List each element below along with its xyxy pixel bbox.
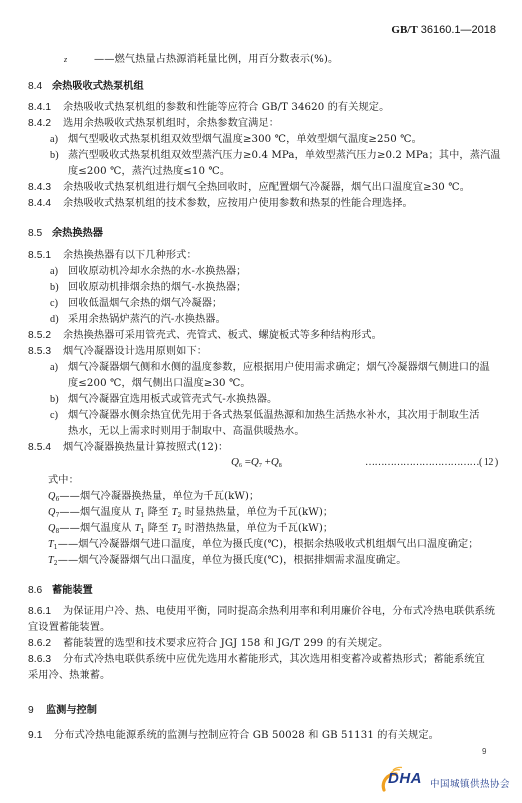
formula-term: Q	[251, 456, 259, 468]
clause-8-5-2: 8.5.2余热换热器可采用管壳式、壳管式、板式、螺旋板式等多种结构形式。	[28, 329, 382, 342]
clause-text: 烟气冷凝器设计选用原则如下：	[63, 346, 207, 357]
item-text-continued: 热水，无以上需求时则用于制取中、高温供暖热水。	[68, 426, 305, 437]
formula-subscript: 8	[279, 463, 282, 469]
clause-number: 8.5.1	[28, 249, 63, 262]
list-item-8-4-2-b: b)蒸汽型吸收式热泵机组双效型蒸汽压力≥0.4 MPa，单效型蒸汽压力≥0.2 …	[50, 149, 501, 162]
clause-text-continued: 采用冷、热兼蓄。	[28, 670, 110, 681]
variable-text: ——烟气冷凝器烟气出口温度，单位为摄氏度(℃)，根据排烟需求温度确定。	[58, 555, 407, 566]
clause-number: 8.4.3	[28, 181, 63, 194]
item-label: c)	[50, 297, 68, 310]
list-item-8-5-3-a: a)烟气冷凝器烟气侧和水侧的温度参数，应根据用户使用需求确定；烟气冷凝器烟气侧进…	[50, 361, 490, 374]
formula-subscript: 6	[239, 463, 242, 469]
section-number: 8.4	[28, 81, 52, 92]
section-heading-8-5: 8.5余热换热器	[28, 224, 103, 239]
standard-number: 36160.1—2018	[421, 24, 496, 36]
variable-text: 时潜热热量，单位为千瓦(kW)；	[181, 523, 333, 534]
item-text: 回收原动机排烟余热的烟气-水换热器；	[68, 282, 246, 293]
clause-8-6-1-cont: 宜设置蓄能装置。	[28, 621, 110, 634]
section-title: 余热吸收式热泵机组	[52, 80, 144, 92]
clause-8-5-3: 8.5.3烟气冷凝器设计选用原则如下：	[28, 345, 207, 358]
item-text: 烟气型吸收式热泵机组双效型烟气温度≥300 ℃，单效型烟气温度≥250 ℃。	[68, 134, 422, 145]
clause-number: 8.5.4	[28, 441, 63, 454]
item-text: 烟气冷凝器烟气侧和水侧的温度参数，应根据用户使用需求确定；烟气冷凝器烟气侧进口的…	[68, 362, 490, 373]
clause-8-4-1: 8.4.1余热吸收式热泵机组的参数和性能等应符合 GB/T 34620 的有关规…	[28, 101, 389, 114]
dot-leader: ………………………………	[365, 457, 479, 468]
list-item-8-5-3-c: c)烟气冷凝器水侧余热宜优先用于各式热泵低温热源和加热生活热水补水，其次用于制取…	[50, 409, 480, 422]
section-title: 蓄能装置	[52, 584, 93, 596]
item-text: 烟气冷凝器水侧余热宜优先用于各式热泵低温热源和加热生活热水补水，其次用于制取生活	[68, 410, 480, 421]
clause-8-4-2: 8.4.2选用余热吸收式热泵机组时，余热参数宜满足：	[28, 117, 279, 130]
clause-8-6-1: 8.6.1为保证用户冷、热、电使用平衡，同时提高余热利用率和利用廉价谷电，分布式…	[28, 605, 495, 618]
item-label: b)	[50, 149, 68, 162]
list-item-8-5-3-b: b)烟气冷凝器宜选用板式或管壳式气-水换热器。	[50, 393, 277, 406]
where-text: 式中：	[48, 475, 79, 486]
standard-header: GB/T 36160.1—2018	[391, 24, 496, 36]
equation-number: ………………………………( 12 )	[365, 457, 498, 468]
clause-8-4-3: 8.4.3余热吸收式热泵机组进行烟气全热回收时，应配置烟气冷凝器，烟气出口温度宜…	[28, 181, 470, 194]
clause-8-6-3: 8.6.3分布式冷热电联供系统中应优先选用水蓄能形式，其次选用相变蓄冷或蓄热形式…	[28, 653, 485, 666]
list-item-8-5-1-d: d)采用余热锅炉蒸汽的汽-水换热器。	[50, 313, 226, 326]
variable-text: 降至	[144, 507, 171, 518]
list-item-8-5-1-c: c)回收低温烟气余热的烟气冷凝器；	[50, 297, 222, 310]
symbol: z	[64, 53, 94, 66]
variable-text: 时显热热量，单位为千瓦(kW)；	[181, 507, 333, 518]
list-item-8-5-1-b: b)回收原动机排烟余热的烟气-水换热器；	[50, 281, 246, 294]
list-item-8-5-3-a-cont: 度≤200 ℃，烟气侧出口温度≥30 ℃。	[68, 377, 251, 390]
section-number: 9	[28, 705, 46, 716]
item-label: b)	[50, 393, 68, 406]
clause-text: 为保证用户冷、热、电使用平衡，同时提高余热利用率和利用廉价谷电，分布式冷热电联供…	[63, 606, 495, 617]
clause-9-1: 9.1分布式冷热电能源系统的监测与控制应符合 GB 50028 和 GB 511…	[28, 729, 439, 742]
clause-number: 8.4.1	[28, 101, 63, 114]
clause-number: 9.1	[28, 729, 54, 742]
clause-text: 余热吸收式热泵机组的参数和性能等应符合 GB/T 34620 的有关规定。	[63, 102, 389, 113]
variable-text: ——烟气冷凝器换热量，单位为千瓦(kW)；	[59, 491, 259, 502]
clause-text: 余热换热器可采用管壳式、壳管式、板式、螺旋板式等多种结构形式。	[63, 330, 382, 341]
section-heading-8-6: 8.6蓄能装置	[28, 581, 93, 596]
section-heading-9: 9监测与控制	[28, 701, 97, 716]
item-text-continued: 度≤200 ℃，蒸汽过热度≤10 ℃。	[68, 166, 230, 177]
variable-text: ——烟气温度从	[59, 507, 134, 518]
standard-prefix: GB/T	[391, 24, 417, 36]
equation-12: Q6 =Q7 +Q8	[231, 456, 282, 469]
variable-text: 降至	[144, 523, 171, 534]
list-item-8-4-2-b-cont: 度≤200 ℃，蒸汽过热度≤10 ℃。	[68, 165, 230, 178]
formula-term: Q	[231, 456, 239, 468]
section-number: 8.6	[28, 585, 52, 596]
page-number: 9	[482, 747, 486, 756]
section-heading-8-4: 8.4余热吸收式热泵机组	[28, 77, 144, 92]
clause-text: 烟气冷凝器换热量计算按照式(12)：	[63, 442, 228, 453]
variable-text: ——烟气冷凝器烟气进口温度，单位为摄氏度(℃)，根据余热吸收式机组烟气出口温度确…	[58, 539, 479, 550]
clause-text: 选用余热吸收式热泵机组时，余热参数宜满足：	[63, 118, 279, 129]
clause-number: 8.4.2	[28, 117, 63, 130]
variable-q6: Q6——烟气冷凝器换热量，单位为千瓦(kW)；	[48, 490, 259, 506]
logo-mark: DHA	[388, 770, 422, 787]
list-item-8-5-3-c-cont: 热水，无以上需求时则用于制取中、高温供暖热水。	[68, 425, 305, 438]
variable-t1: T1——烟气冷凝器烟气进口温度，单位为摄氏度(℃)，根据余热吸收式机组烟气出口温…	[48, 538, 479, 554]
item-text: 回收低温烟气余热的烟气冷凝器；	[68, 298, 222, 309]
item-label: d)	[50, 313, 68, 326]
item-label: a)	[50, 133, 68, 146]
clause-8-5-4: 8.5.4烟气冷凝器换热量计算按照式(12)：	[28, 441, 228, 454]
item-label: c)	[50, 409, 68, 422]
item-label: a)	[50, 265, 68, 278]
clause-text: 余热吸收式热泵机组进行烟气全热回收时，应配置烟气冷凝器，烟气出口温度宜≥30 ℃…	[63, 182, 470, 193]
formula-subscript: 7	[259, 463, 262, 469]
clause-text: 余热换热器有以下几种形式：	[63, 250, 197, 261]
section-number: 8.5	[28, 228, 52, 239]
formula-term: Q	[271, 456, 279, 468]
clause-8-6-3-cont: 采用冷、热兼蓄。	[28, 669, 110, 682]
clause-text: 分布式冷热电能源系统的监测与控制应符合 GB 50028 和 GB 51131 …	[54, 730, 439, 741]
clause-number: 8.6.1	[28, 605, 63, 618]
where-label: 式中：	[48, 474, 79, 487]
variable-t2: T2——烟气冷凝器烟气出口温度，单位为摄氏度(℃)，根据排烟需求温度确定。	[48, 554, 407, 570]
equation-number-label: ( 12 )	[479, 457, 498, 468]
variable-q8: Q8——烟气温度从 T1 降至 T2 时潜热热量，单位为千瓦(kW)；	[48, 522, 333, 538]
clause-number: 8.5.2	[28, 329, 63, 342]
list-item-8-5-1-a: a)回收原动机冷却水余热的水-水换热器；	[50, 265, 246, 278]
clause-number: 8.5.3	[28, 345, 63, 358]
variable-q7: Q7——烟气温度从 T1 降至 T2 时显热热量，单位为千瓦(kW)；	[48, 506, 333, 522]
item-text: 蒸汽型吸收式热泵机组双效型蒸汽压力≥0.4 MPa，单效型蒸汽压力≥0.2 MP…	[68, 150, 501, 161]
definition-text: ——燃气热量占热源消耗量比例，用百分数表示(%)。	[94, 54, 338, 65]
chdha-logo: DHA 中国城镇供热协会	[378, 766, 520, 798]
clause-text-continued: 宜设置蓄能装置。	[28, 622, 110, 633]
variable-text: ——烟气温度从	[59, 523, 134, 534]
item-text: 采用余热锅炉蒸汽的汽-水换热器。	[68, 314, 226, 325]
clause-number: 8.6.2	[28, 637, 63, 650]
clause-8-5-1: 8.5.1余热换热器有以下几种形式：	[28, 249, 197, 262]
item-label: a)	[50, 361, 68, 374]
section-title: 监测与控制	[46, 704, 97, 716]
definition-z: z——燃气热量占热源消耗量比例，用百分数表示(%)。	[64, 53, 338, 66]
section-title: 余热换热器	[52, 227, 103, 239]
clause-text: 蓄能装置的选型和技术要求应符合 JGJ 158 和 JG/T 299 的有关规定…	[63, 638, 388, 649]
clause-text: 余热吸收式热泵机组的技术参数，应按用户使用参数和热泵的性能合理选择。	[63, 198, 413, 209]
clause-text: 分布式冷热电联供系统中应优先选用水蓄能形式，其次选用相变蓄冷或蓄热形式；蓄能系统…	[63, 654, 485, 665]
logo-org-name: 中国城镇供热协会	[430, 776, 510, 790]
clause-number: 8.4.4	[28, 197, 63, 210]
clause-number: 8.6.3	[28, 653, 63, 666]
clause-8-6-2: 8.6.2蓄能装置的选型和技术要求应符合 JGJ 158 和 JG/T 299 …	[28, 637, 388, 650]
item-text-continued: 度≤200 ℃，烟气侧出口温度≥30 ℃。	[68, 378, 251, 389]
list-item-8-4-2-a: a)烟气型吸收式热泵机组双效型烟气温度≥300 ℃，单效型烟气温度≥250 ℃。	[50, 133, 422, 146]
item-label: b)	[50, 281, 68, 294]
item-text: 回收原动机冷却水余热的水-水换热器；	[68, 266, 246, 277]
item-text: 烟气冷凝器宜选用板式或管壳式气-水换热器。	[68, 394, 277, 405]
clause-8-4-4: 8.4.4余热吸收式热泵机组的技术参数，应按用户使用参数和热泵的性能合理选择。	[28, 197, 413, 210]
